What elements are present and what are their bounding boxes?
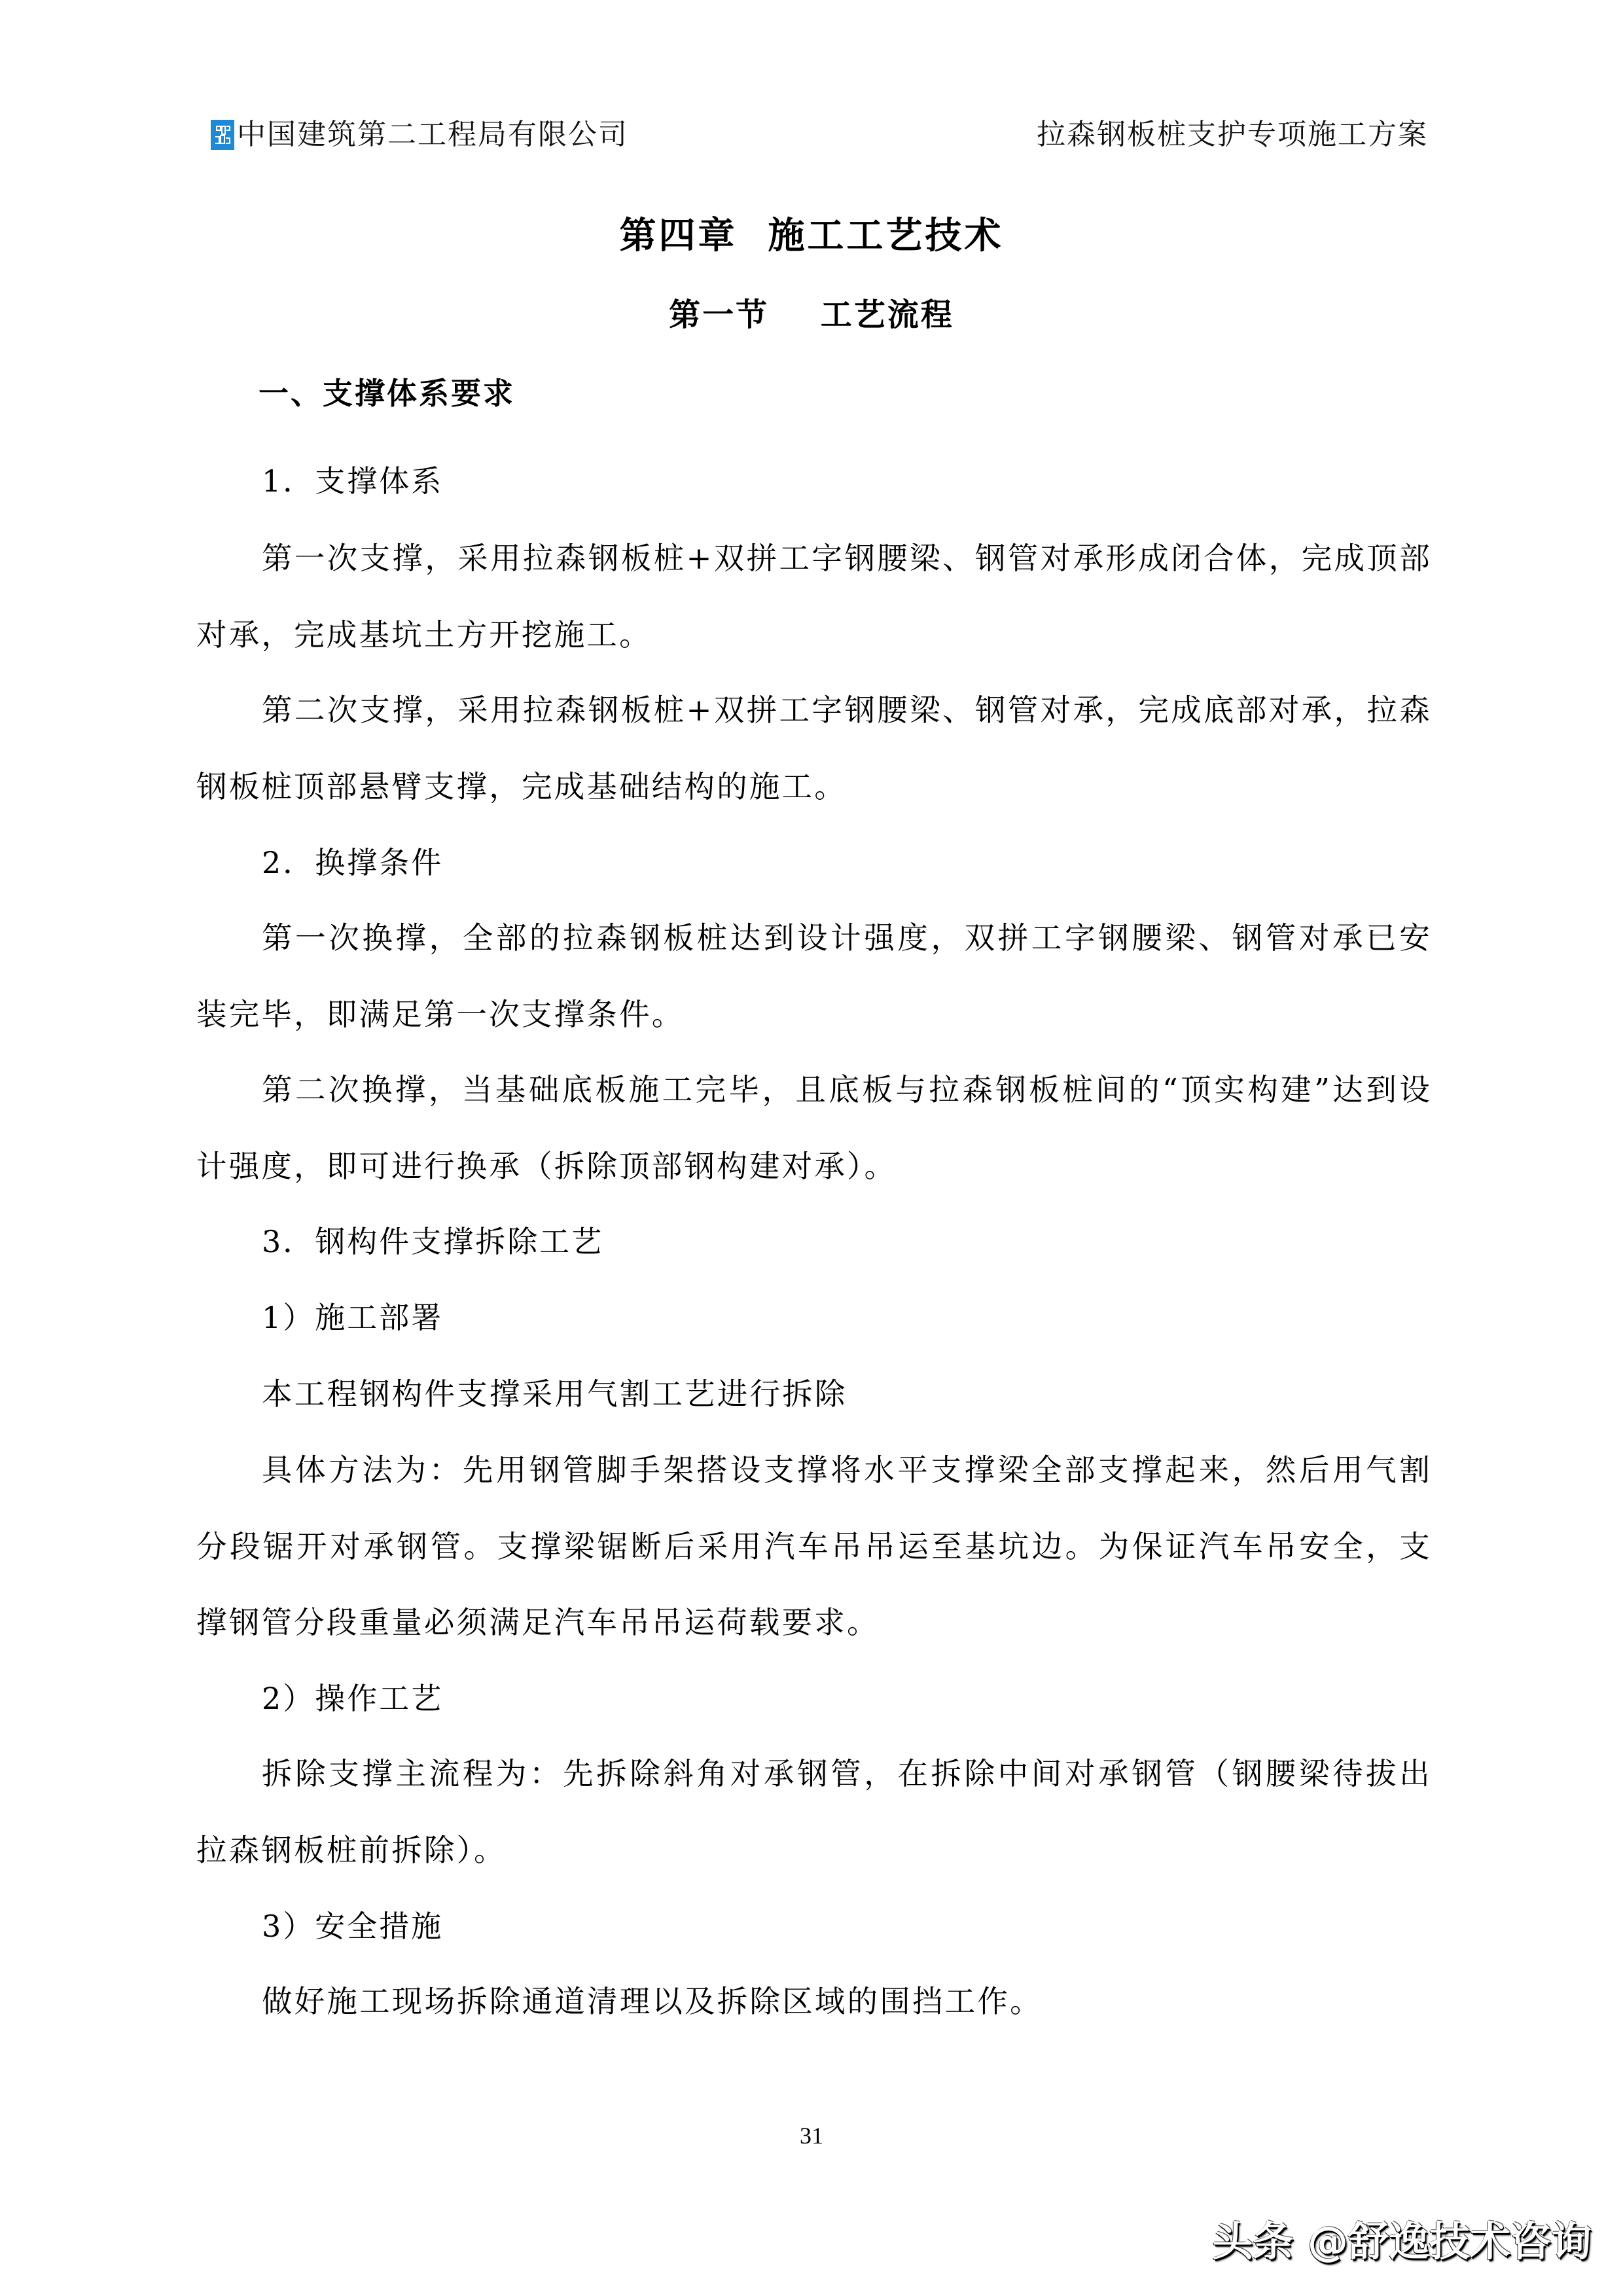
section-title: 第一节 工艺流程 [0, 292, 1623, 338]
paragraph-gas-cutting: 本工程钢构件支撑采用气割工艺进行拆除 [196, 1356, 1432, 1433]
header-company-name: 中国建筑第二工程局有限公司 [237, 115, 628, 154]
heading-support-system: 1．支撑体系 [262, 458, 443, 504]
company-logo [211, 120, 234, 150]
heading-replacement-conditions: 2．换撑条件 [262, 840, 443, 886]
heading-construction-deployment: 1）施工部署 [262, 1295, 443, 1340]
header-document-title: 拉森钢板桩支护专项施工方案 [1037, 115, 1428, 154]
paragraph-second-replacement: 第二次换撑，当基础底板施工完毕，且底板与拉森钢板桩间的“顶实构建”达到设计强度，… [196, 1052, 1432, 1204]
heading-safety-measures: 3）安全措施 [262, 1903, 443, 1949]
paragraph-first-support: 第一次支撑，采用拉森钢板桩+双拼工字钢腰梁、钢管对承形成闭合体，完成顶部对承，完… [196, 520, 1432, 673]
heading-support-requirements: 一、支撑体系要求 [259, 370, 515, 416]
page-number: 31 [0, 2119, 1623, 2152]
heading-steel-removal-process: 3．钢构件支撑拆除工艺 [262, 1219, 603, 1265]
heading-operation-process: 2）操作工艺 [262, 1676, 443, 1721]
paragraph-second-support: 第二次支撑，采用拉森钢板桩+双拼工字钢腰梁、钢管对承，完成底部对承，拉森钢板桩顶… [196, 672, 1432, 825]
cscec-logo-icon [213, 122, 232, 147]
paragraph-first-replacement: 第一次换撑，全部的拉森钢板桩达到设计强度，双拼工字钢腰梁、钢管对承已安装完毕，即… [196, 900, 1432, 1052]
chapter-title: 第四章 施工工艺技术 [0, 209, 1623, 262]
paragraph-specific-method: 具体方法为：先用钢管脚手架搭设支撑将水平支撑梁全部支撑起来，然后用气割分段锯开对… [196, 1432, 1432, 1661]
paragraph-safety: 做好施工现场拆除通道清理以及拆除区域的围挡工作。 [196, 1964, 1432, 2040]
paragraph-removal-flow: 拆除支撑主流程为：先拆除斜角对承钢管，在拆除中间对承钢管（钢腰梁待拔出拉森钢板桩… [196, 1736, 1432, 1888]
watermark: 头条 @舒逸技术咨询 [1212, 2215, 1592, 2268]
